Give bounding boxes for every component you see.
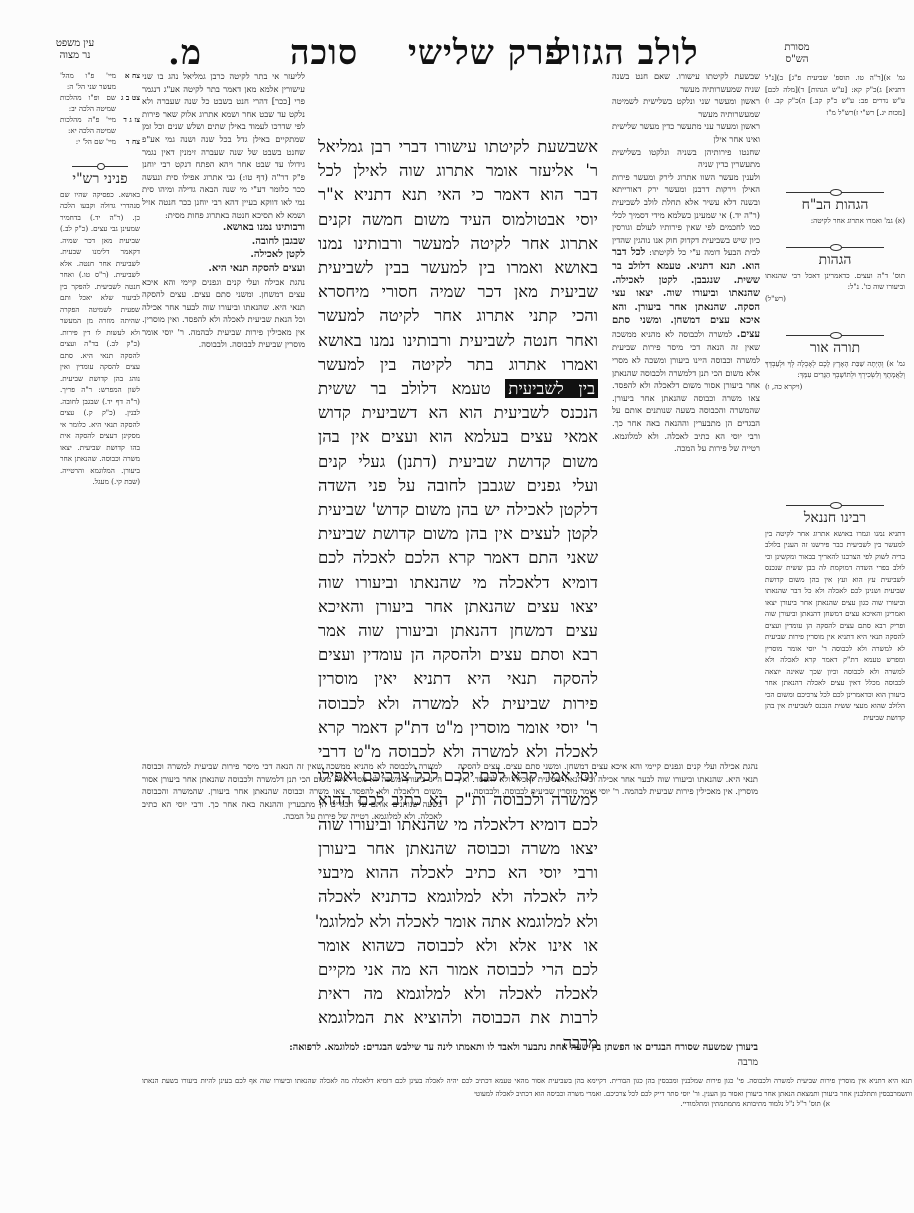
- torah-or-title: תורה אור: [765, 343, 905, 355]
- hagahot-title: הגהות: [765, 255, 905, 267]
- tosafot-continued: נהגת אכילה ועלי קנים וגפנים קיימי והא אי…: [142, 277, 305, 350]
- rashi-continued: למשרה ולכבוסה לא מהניא ממשכה שאין זה הנא…: [612, 329, 760, 453]
- rashi-column: שבשעת לקיטתו עישורו. שאם חנט בשנה שניה ש…: [612, 70, 760, 755]
- gemara-line: בין לשביעית טעמא דלולב בר ששית: [318, 377, 598, 401]
- ornament-divider: [786, 501, 884, 509]
- mesoret-hashas-label: מסורת הש"ס: [772, 42, 822, 66]
- rashi-dibbur-hamatchil: תנא דתניא.: [687, 261, 736, 272]
- hagahot-habach-title: הגהות הב"ח: [765, 200, 905, 212]
- rashi-line: שבשעת לקיטתו עישורו. שאם חנט בשנה שניה ש…: [612, 70, 760, 95]
- ein-mishpat-label-line-1: עין משפט: [50, 38, 100, 50]
- gemara-line: ואחר חנטה לשביעית ורבותינו נמנו באושא: [318, 329, 598, 353]
- ner-mitzvah-label: נר מצוה: [50, 50, 100, 62]
- ein-mishpat-letter: צז ג ד: [120, 114, 140, 136]
- pninei-rashi-title: פניני רש"י: [60, 174, 140, 186]
- highlighted-text-selection[interactable]: בין לשביעית: [505, 379, 598, 398]
- ornament-divider: [786, 243, 884, 251]
- torah-or-section: תורה אור גמ' א) וְהָיְתָה שַׁבַּת הָאָרֶ…: [765, 325, 905, 435]
- ein-mishpat-entry: צח ד מיי' שם הל' י:: [60, 136, 140, 147]
- gemara-line: דבר הוא דאמר כי האי תנא דתניא א"ר: [318, 183, 598, 207]
- tosafot-dibbur-hamatchil: ועצים להסקה תנאי היא.: [208, 263, 305, 274]
- rabbeinu-chananel-section: רבינו חננאל דתניא נמנו וגמרו באושא אתרוג…: [765, 495, 905, 1105]
- rabbeinu-chananel-text: דתניא נמנו וגמרו באושא אתרוג אחר לקיטה ב…: [765, 528, 905, 724]
- gemara-line: יוסי אבטולמוס העיד משום חמשה זקנים: [318, 208, 598, 232]
- small-footnotes-text: תנא היא דתניא אין מוסרין פירות שביעית למ…: [142, 1077, 912, 1098]
- rashi-line: ראשון ומעשר שני ונלקט בשלישית לשמיטה שמע…: [612, 95, 760, 120]
- rashi-dibbur-hamatchil: לקטן לאכילה.: [612, 275, 677, 286]
- rashi-line: ראשון ומעשר עני מתעשר כדין מעשר שלישית ו…: [612, 120, 760, 145]
- gemara-line: דלקטן לאכילה יש בהן משום קדוש' שביעית: [318, 498, 598, 522]
- gemara-line: אשבשעת לקיטתו עישורו דברי רבן גמליאל: [318, 135, 598, 159]
- hagahot-ref: (רש"ל): [765, 293, 905, 305]
- hagahot-section: הגהות תוס' ד"ה ועצים. כדאמרינן דאכל רבי …: [765, 237, 905, 317]
- bottom-end-line: ביעורן שמשעה שסורח הבגדים או הפשתן בין ש…: [142, 1040, 758, 1070]
- rashi-line: שחנטו פירותיהן בשניה ונלקטו בשלישית מתעש…: [612, 146, 760, 171]
- ein-mishpat-entry: צט ב ג שם ופ"ו מהלכות שמיטה הלכה יב:: [60, 92, 140, 114]
- bottom-end-line-text: ביעורן שמשעה שסורח הבגדים או הפשתן בין ש…: [289, 1042, 758, 1053]
- bottom-end-word: מרבה: [142, 1055, 758, 1070]
- ein-mishpat-text: מיי' פ"ה מהלכות שמיטה הלכה יא:: [60, 114, 116, 136]
- hagahot-text: תוס' ד"ה ועצים. כדאמרינן דאכל רבי שהנאתו…: [765, 270, 905, 293]
- gemara-line: ר' אליעזר אומר אתרוג שוה לאילן לכל: [318, 159, 598, 183]
- rashi-dibbur-hamatchil: שנגבבן.: [691, 275, 720, 286]
- gemara-line-rest: טעמא דלולב בר ששית: [318, 379, 491, 398]
- gemara-line: עצים דמשחן דהנאתן וביעורן שוה אמר: [318, 619, 598, 643]
- rabbeinu-chananel-title: רבינו חננאל: [765, 513, 905, 525]
- mesoret-hashas-entries: גמ' א)[ר"ה טו. תוספ' שביעית פ"ג] ב)[נ"ל …: [765, 73, 905, 117]
- ein-mishpat-column: צח א מיי' פ"ו מהל' מעשר שני הל' ה: צט ב …: [60, 70, 140, 150]
- tosafot-dibbur-hamatchil: שבגבן לחובה.: [252, 236, 305, 247]
- gemara-line: לקטן לעצים אין בהן משום קדושת שביעית: [318, 522, 598, 546]
- gemara-line: אתרוג אחר לקיטה למעשר ורבותינו נמנו: [318, 232, 598, 256]
- ein-mishpat-text: מיי' פ"ו מהל' מעשר שני הל' ה:: [60, 70, 116, 92]
- bottom-commentary-right: נהגת אכילה ועלי קנים וגפנים קיימי והא אי…: [458, 760, 758, 1040]
- page-footnote-text: א) תוס' ר"ל נ"ל נלמוד מתיבותא מתמתמתין ו…: [681, 1100, 831, 1108]
- gemara-line: אמאי עצים בעלמא הוא ועצים אין בהן: [318, 425, 598, 449]
- ein-mishpat-letter: צט ב ג: [120, 92, 140, 114]
- ornament-divider: [72, 162, 128, 170]
- gemara-line: שאני התם דאמר קרא הלכם לאכלה לכם: [318, 546, 598, 570]
- mesoret-hashas-column: גמ' א)[ר"ה טו. תוספ' שביעית פ"ג] ב)[נ"ל …: [765, 72, 905, 182]
- gemara-line: ועלי גפנים שגבבן לחובה על פני השדה: [318, 474, 598, 498]
- ornament-divider: [786, 331, 884, 339]
- torah-or-text: גמ' א) וְהָיְתָה שַׁבַּת הָאָרֶץ לָכֶם ל…: [765, 358, 905, 381]
- bottom-tosafot-text: נהגת אכילה ועלי קנים וגפנים קיימי והא אי…: [458, 761, 758, 796]
- ein-mishpat-label: עין משפט נר מצוה: [50, 38, 100, 62]
- hashas-label-line-2: הש"ס: [772, 54, 822, 66]
- bottom-commentary-left: למשרה ולכבוסה לא מהניא ממשכה שאין זה הנא…: [142, 760, 442, 1040]
- gemara-line: והכי קתני אתרוג אחר לקיטה למעשר: [318, 304, 598, 328]
- torah-or-ref: (ויקרא כה, ו): [765, 381, 905, 393]
- gemara-line: יצאו עצים שהנאתן אחר ביעורן והאיכא: [318, 595, 598, 619]
- ein-mishpat-text: מיי' שם הל' י:: [76, 136, 116, 147]
- ein-mishpat-letter: צח א: [120, 70, 140, 92]
- pninei-rashi-text: באושא. כפסיקה שהיו שם סנהדרי גדולה וקבעו…: [60, 189, 140, 488]
- tosafot-dibbur-hamatchil: ורבותינו נמנו באושא.: [223, 222, 305, 233]
- chapter-number: פרק שלישי: [408, 36, 564, 70]
- hagahot-habach-text: (א) גמ' ואמרו אתרוג אחר לקיטה:: [765, 215, 905, 227]
- gemara-line: רבא וסתם עצים ולהסקה הן עומדין ועצים: [318, 643, 598, 667]
- ornament-divider: [786, 188, 884, 196]
- chapter-name: לולב הגזול: [555, 36, 699, 70]
- pninei-rashi-column: פניני רש"י באושא. כפסיקה שהיו שם סנהדרי …: [60, 156, 140, 1096]
- tractate-name: סוכה: [290, 36, 358, 70]
- tosafot-dibbur-hamatchil: לקטן לאכילה.: [250, 249, 305, 260]
- rashi-dibbur-hamatchil: שהנאתן אחר ביעורן.: [634, 302, 726, 313]
- gemara-line: שביעית מאן דכר שמיה חסורי מיחסרא: [318, 280, 598, 304]
- ein-mishpat-entry: צז ג ד מיי' פ"ה מהלכות שמיטה הלכה יא:: [60, 114, 140, 136]
- gemara-line: ר' יוסי אומר מוסרין מ"ט דת"ק דאמר קרא: [318, 716, 598, 740]
- gemara-line: משום קדושת שביעית (דתנן) געלי קנים: [318, 450, 598, 474]
- gemara-line: להסקה תנאי היא דתניא יאין מוסרין: [318, 667, 598, 691]
- gemara-line: ואמרו אתרוג בתר לקיטה בין למעשר: [318, 353, 598, 377]
- gemara-line: באושא ואמרו בין למעשר בבין לשביעית: [318, 256, 598, 280]
- rashi-body: ולענין מעשר השוו אתרוג לירק ומעשר פירות …: [612, 172, 760, 258]
- gemara-line: פירות שביעית לא למשרה ולא לכבוסה: [318, 692, 598, 716]
- ein-mishpat-entry: צח א מיי' פ"ו מהל' מעשר שני הל' ה:: [60, 70, 140, 92]
- tosafot-body: גמי אע"פ שחנט בשבט של שנה שעברה זימנין ד…: [142, 134, 305, 220]
- gemara-line: הנכנס לשביעית הוא הא דשביעית קדוש: [318, 401, 598, 425]
- daf-number: מ.: [168, 36, 202, 70]
- tosafot-column: לליעזר אי בתר לקיטה כרבן גמליאל נהג בו ש…: [142, 70, 305, 755]
- mesoret-label-line-1: מסורת: [772, 42, 822, 54]
- rashi-dibbur-hamatchil: שהנאתו וביעורו שוה.: [663, 288, 760, 299]
- ein-mishpat-text: שם ופ"ו מהלכות שמיטה הלכה יב:: [60, 92, 116, 114]
- ein-mishpat-letter: צח ד: [120, 136, 140, 147]
- bottom-rashi-text: למשרה ולכבוסה לא מהניא ממשכה שאין זה הנא…: [142, 761, 442, 821]
- hagahot-habach-section: הגהות הב"ח (א) גמ' ואמרו אתרוג אחר לקיטה…: [765, 182, 905, 232]
- gemara-line: דומיא דלאכלה מי שהנאתו וביעורו שוה: [318, 571, 598, 595]
- page-footnote: א) תוס' ר"ל נ"ל נלמוד מתיבותא מתמתמתין ו…: [560, 1098, 830, 1112]
